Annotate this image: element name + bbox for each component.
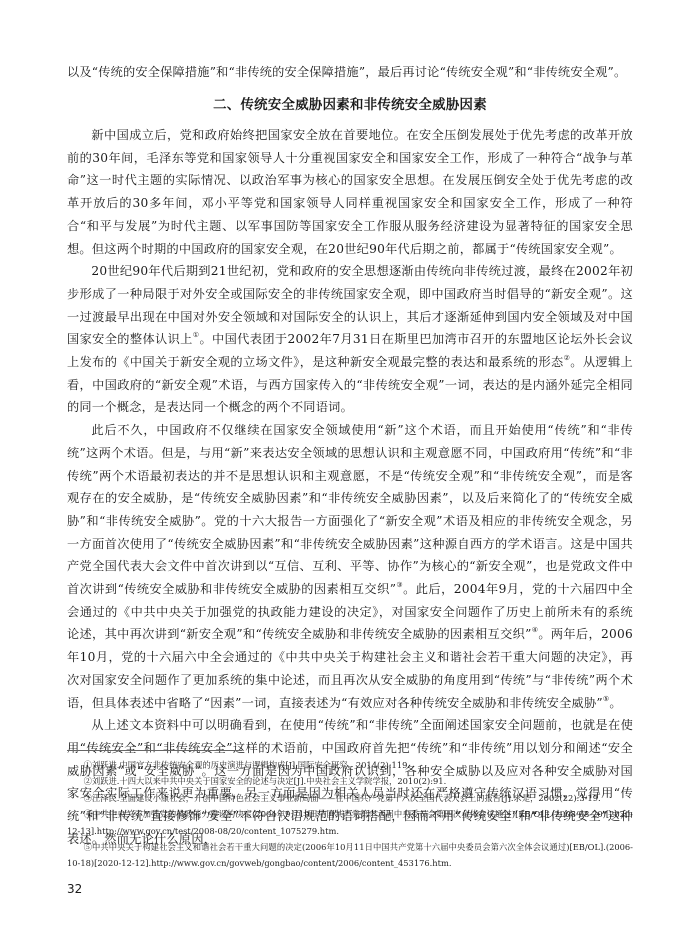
page-number: 32 (67, 882, 82, 896)
footnotes: ①刘跃进.中国官方非传统安全观的历史演进与逻辑构成[J].国际安全研究，2014… (67, 757, 633, 872)
body-text: 新中国成立后，党和政府始终把国家安全放在首要地位。在安全压倒发展处于优先考虑的改… (67, 124, 633, 851)
footnote-divider (67, 750, 242, 751)
section-title: 二、传统安全威胁因素和非传统安全威胁因素 (0, 94, 700, 113)
paragraph-3: 此后不久，中国政府不仅继续在国家安全领域使用“新”这个术语，而且开始使用“传统”… (67, 419, 633, 714)
paragraph-3-part-4: 。 (609, 696, 621, 710)
paragraph-2: 20世纪90年代后期到21世纪初，党和政府的安全思想逐渐由传统向非传统过渡，最终… (67, 260, 633, 419)
footnote-5: ⑤中共中央关于构建社会主义和谐社会若干重大问题的决定(2006年10月11日中国… (67, 839, 633, 872)
footnote-3: ③江泽民.全面建设小康社会，开创中国特色社会主义事业新局面——在中国共产党第十六… (67, 790, 633, 806)
lead-line: 以及“传统的安全保障措施”和“非传统的安全保障措施”，最后再讨论“传统安全观”和… (67, 62, 637, 82)
footnote-2: ②刘跃进.十四大以来中共中央关于国家安全的论述与决定[J].中央社会主义学院学报… (67, 773, 633, 789)
paragraph-1: 新中国成立后，党和政府始终把国家安全放在首要地位。在安全压倒发展处于优先考虑的改… (67, 124, 633, 260)
footnote-1: ①刘跃进.中国官方非传统安全观的历史演进与逻辑构成[J].国际安全研究，2014… (67, 757, 633, 773)
paragraph-3-part-1: 此后不久，中国政府不仅继续在国家安全领域使用“新”这个术语，而且开始使用“传统”… (67, 423, 633, 596)
footnote-4: ④中共中央关于加强党的执政能力建设的决定(2004年9月19日中国共产党第十六届… (67, 806, 633, 839)
